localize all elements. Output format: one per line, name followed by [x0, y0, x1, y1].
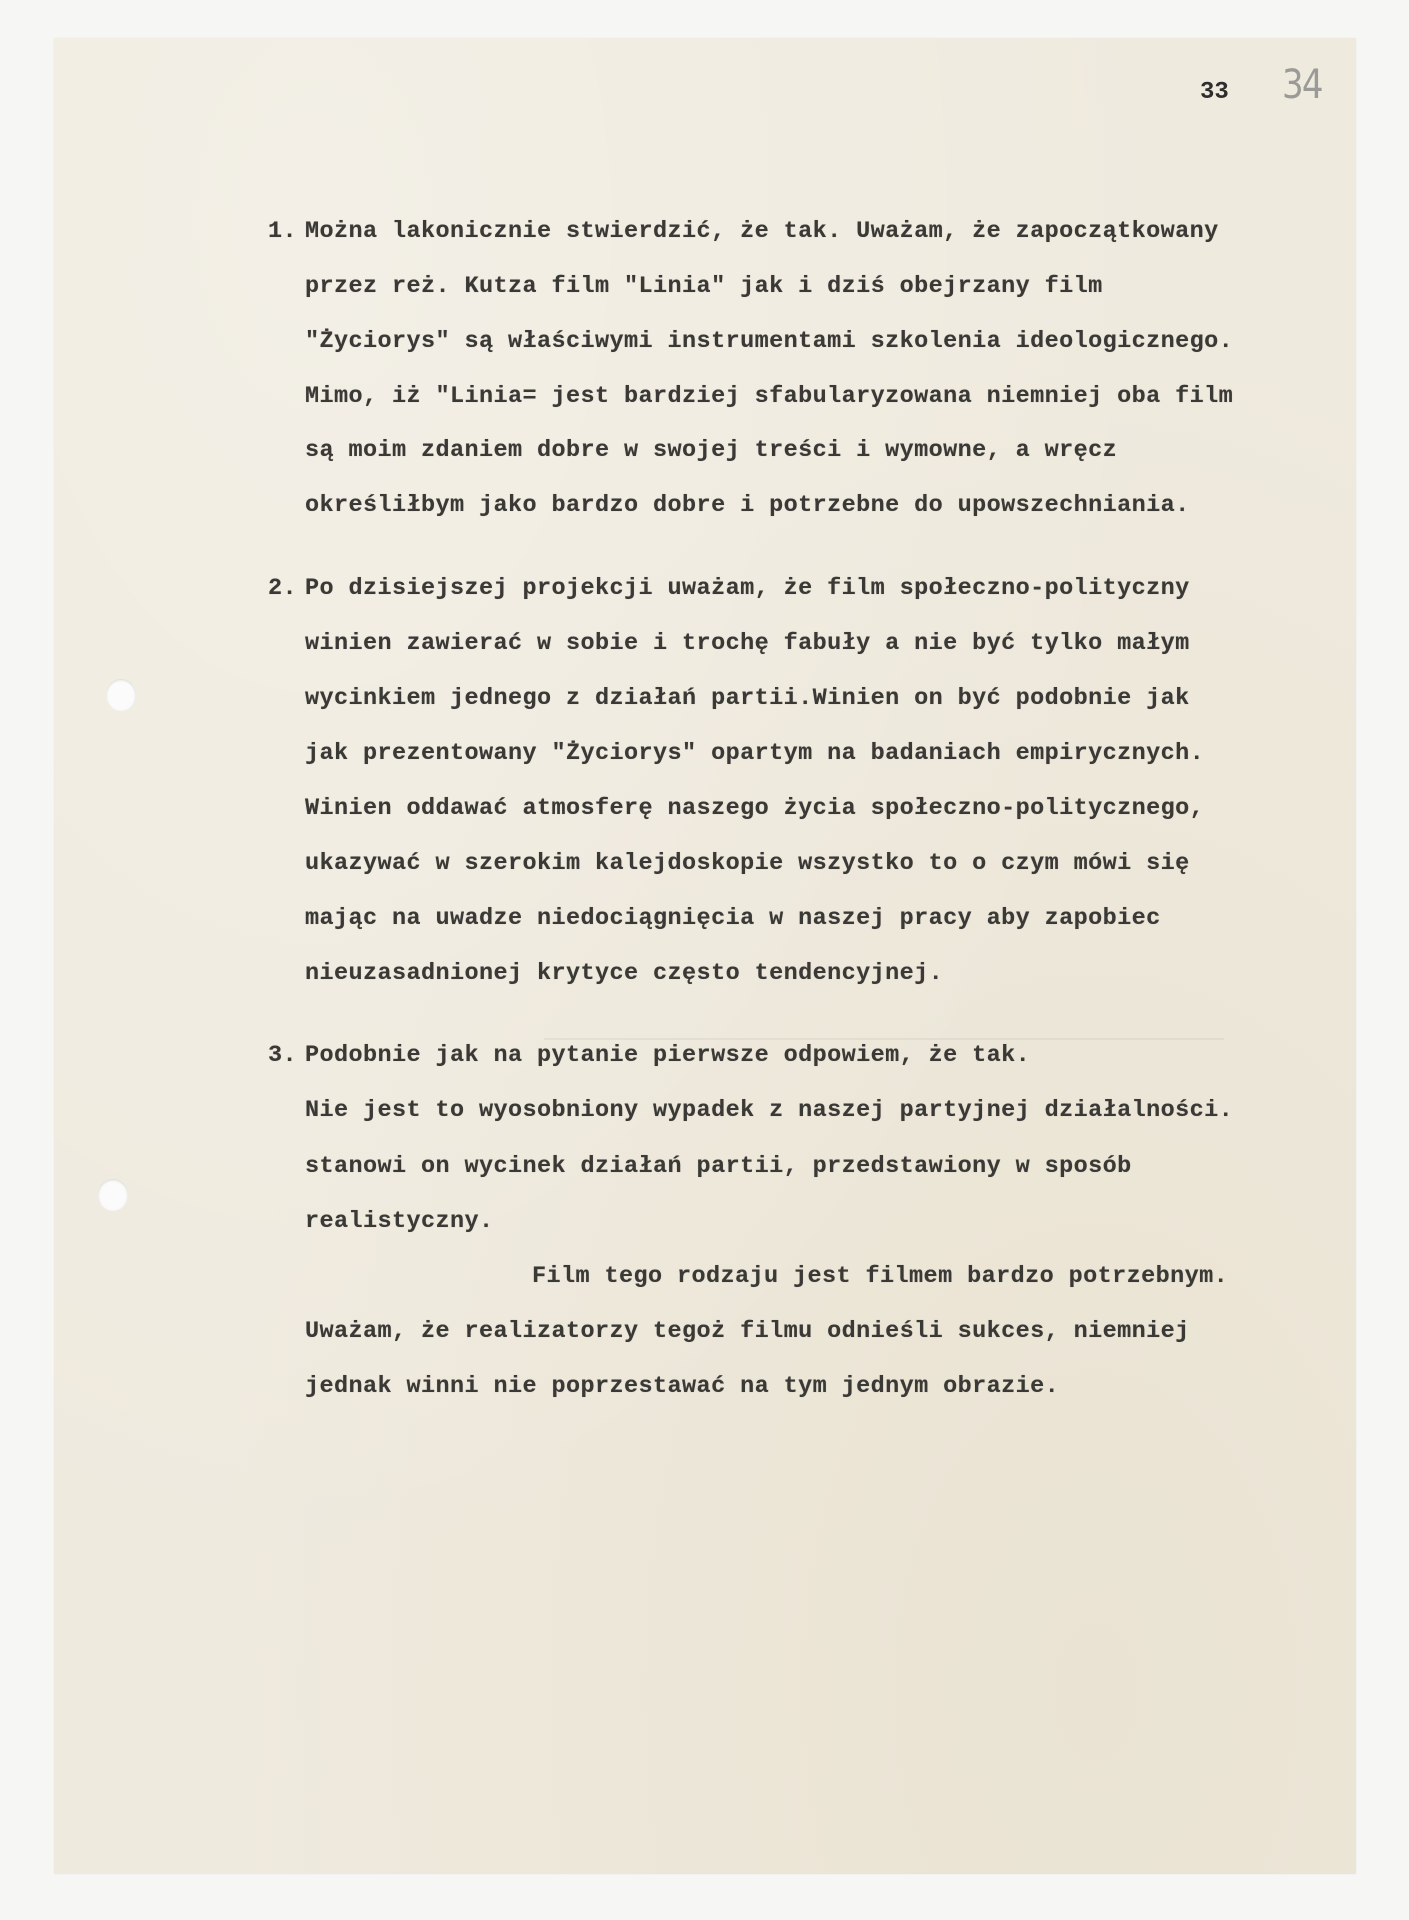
text-line: Mimo, iż "Linia= jest bardziej sfabulary… — [305, 383, 1233, 410]
punch-hole-bottom — [98, 1179, 128, 1211]
text-line: przez reż. Kutza film "Linia" jak i dziś… — [305, 273, 1103, 300]
page-number-typed: 33 — [1200, 79, 1229, 106]
text-line: "Życiorys" są właściwymi instrumentami s… — [305, 328, 1233, 355]
text-line: mając na uwadze niedociągnięcia w naszej… — [305, 905, 1161, 932]
text-line: są moim zdaniem dobre w swojej treści i … — [305, 437, 1117, 464]
paragraph-number: 2. — [268, 575, 297, 602]
page-number-handwritten: 34 — [1282, 62, 1322, 108]
text-line: ukazywać w szerokim kalejdoskopie wszyst… — [305, 850, 1190, 877]
text-line: Uważam, że realizatorzy tegoż filmu odni… — [305, 1318, 1190, 1345]
paragraph-number: 3. — [268, 1042, 297, 1069]
text-line: winien zawierać w sobie i trochę fabuły … — [305, 630, 1190, 657]
punch-hole-top — [106, 679, 136, 711]
text-line: Można lakonicznie stwierdzić, że tak. Uw… — [305, 218, 1219, 245]
faded-text-trace — [544, 1038, 1224, 1040]
text-line: Film tego rodzaju jest filmem bardzo pot… — [532, 1263, 1228, 1290]
text-line: Nie jest to wyosobniony wypadek z naszej… — [305, 1097, 1233, 1124]
paragraph-number: 1. — [268, 218, 297, 245]
text-line: nieuzasadnionej krytyce często tendencyj… — [305, 960, 943, 987]
text-line: stanowi on wycinek działań partii, przed… — [305, 1153, 1132, 1180]
document-page — [54, 38, 1356, 1874]
text-line: jednak winni nie poprzestawać na tym jed… — [305, 1373, 1059, 1400]
text-line: Podobnie jak na pytanie pierwsze odpowie… — [305, 1042, 1030, 1069]
text-line: Po dzisiejszej projekcji uważam, że film… — [305, 575, 1190, 602]
text-line: jak prezentowany "Życiorys" opartym na b… — [305, 740, 1204, 767]
text-line: określiłbym jako bardzo dobre i potrzebn… — [305, 492, 1190, 519]
text-line: wycinkiem jednego z działań partii.Winie… — [305, 685, 1190, 712]
text-line: Winien oddawać atmosferę naszego życia s… — [305, 795, 1204, 822]
text-line: realistyczny. — [305, 1208, 494, 1235]
